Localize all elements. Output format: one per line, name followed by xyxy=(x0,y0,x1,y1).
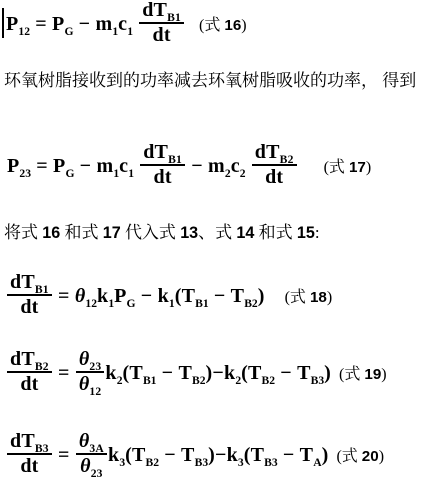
equation-20-math: dTB3dt = θ3Aθ23k3(TB2 − TB3)−k3(TB3 − TA… xyxy=(6,444,328,466)
equation-19-label: (式 19) xyxy=(339,366,387,383)
text-cursor-bar xyxy=(2,8,4,38)
document-page: P12 = PG − m1c1 dTB1dt(式 16) 环氧树脂接收到的功率减… xyxy=(0,0,446,497)
equation-18-math: dTB1dt = θ12k1PG − k1(TB1 − TB2) xyxy=(6,285,265,307)
equation-17: P23 = PG − m1c1 dTB1dt − m2c2 dTB2dt(式 1… xyxy=(7,143,371,191)
fraction: dTB2dt xyxy=(7,348,52,396)
equation-18: dTB1dt = θ12k1PG − k1(TB1 − TB2)(式 18) xyxy=(6,273,332,321)
fraction: dTB1dt xyxy=(140,141,185,189)
equation-16: P12 = PG − m1c1 dTB1dt(式 16) xyxy=(2,1,247,49)
equation-16-label: (式 16) xyxy=(199,17,247,34)
equation-18-label: (式 18) xyxy=(285,289,333,306)
fraction: dTB2dt xyxy=(252,141,297,189)
equation-20: dTB3dt = θ3Aθ23k3(TB2 − TB3)−k3(TB3 − TA… xyxy=(6,432,384,480)
fraction: dTB3dt xyxy=(7,430,52,478)
fraction: dTB1dt xyxy=(7,271,52,319)
paragraph-1: 环氧树脂接收到的功率减去环氧树脂吸收的功率， 得到 xyxy=(4,70,416,93)
equation-16-math: P12 = PG − m1c1 dTB1dt xyxy=(2,13,185,35)
equation-19-math: dTB2dt = θ23θ12k2(TB1 − TB2)−k2(TB2 − TB… xyxy=(6,362,331,384)
equation-17-math: P23 = PG − m1c1 dTB1dt − m2c2 dTB2dt xyxy=(7,155,298,177)
equation-19: dTB2dt = θ23θ12k2(TB1 − TB2)−k2(TB2 − TB… xyxy=(6,350,387,398)
fraction: θ3Aθ23 xyxy=(76,430,107,478)
equation-20-label: (式 20) xyxy=(336,448,384,465)
paragraph-2: 将式 16 和式 17 代入式 13、式 14 和式 15: xyxy=(4,222,320,245)
fraction: dTB1dt xyxy=(139,0,184,47)
fraction: θ23θ12 xyxy=(76,348,105,396)
equation-17-label: (式 17) xyxy=(324,159,372,176)
